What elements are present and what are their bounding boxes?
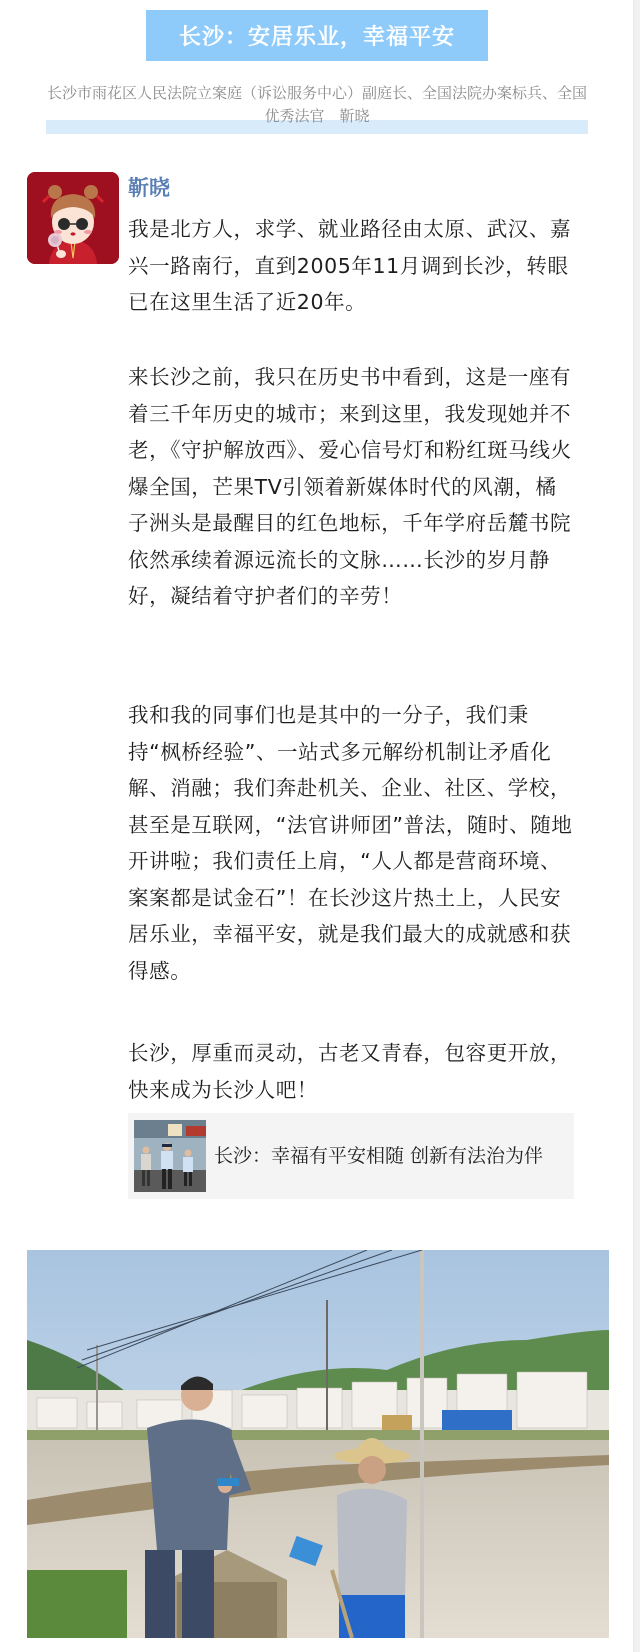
- subtitle-block: 长沙市雨花区人民法院立案庭（诉讼服务中心）副庭长、全国法院办案标兵、全国优秀法官…: [46, 82, 588, 138]
- page-title: 长沙：安居乐业，幸福平安: [179, 20, 455, 51]
- judge-with-farmer-photo-icon: [27, 1250, 609, 1638]
- title-banner: 长沙：安居乐业，幸福平安: [146, 10, 488, 61]
- cartoon-girl-avatar-icon: [27, 172, 119, 264]
- avatar: [27, 172, 119, 264]
- article-photo: [27, 1250, 609, 1638]
- paragraph-3: 我和我的同事们也是其中的一分子，我们秉持“枫桥经验”、一站式多元解纷机制让矛盾化…: [128, 697, 576, 989]
- paragraph-4: 长沙，厚重而灵动，古老又青春，包容更开放，快来成为长沙人吧！: [128, 1035, 576, 1108]
- police-patrol-photo-icon: [134, 1120, 206, 1192]
- author-name: 靳晓: [128, 172, 170, 202]
- page-scrollbar[interactable]: [633, 0, 640, 1652]
- paragraph-1: 我是北方人，求学、就业路径由太原、武汉、嘉兴一路南行，直到2005年11月调到长…: [128, 211, 576, 321]
- related-article-title[interactable]: 长沙：幸福有平安相随 创新有法治为伴: [214, 1142, 551, 1171]
- related-article-thumbnail: [134, 1120, 206, 1192]
- paragraph-2: 来长沙之前，我只在历史书中看到，这是一座有着三千年历史的城市；来到这里，我发现她…: [128, 359, 576, 615]
- related-article-card[interactable]: 长沙：幸福有平安相随 创新有法治为伴: [128, 1113, 574, 1199]
- author-credentials: 长沙市雨花区人民法院立案庭（诉讼服务中心）副庭长、全国法院办案标兵、全国优秀法官…: [46, 82, 588, 128]
